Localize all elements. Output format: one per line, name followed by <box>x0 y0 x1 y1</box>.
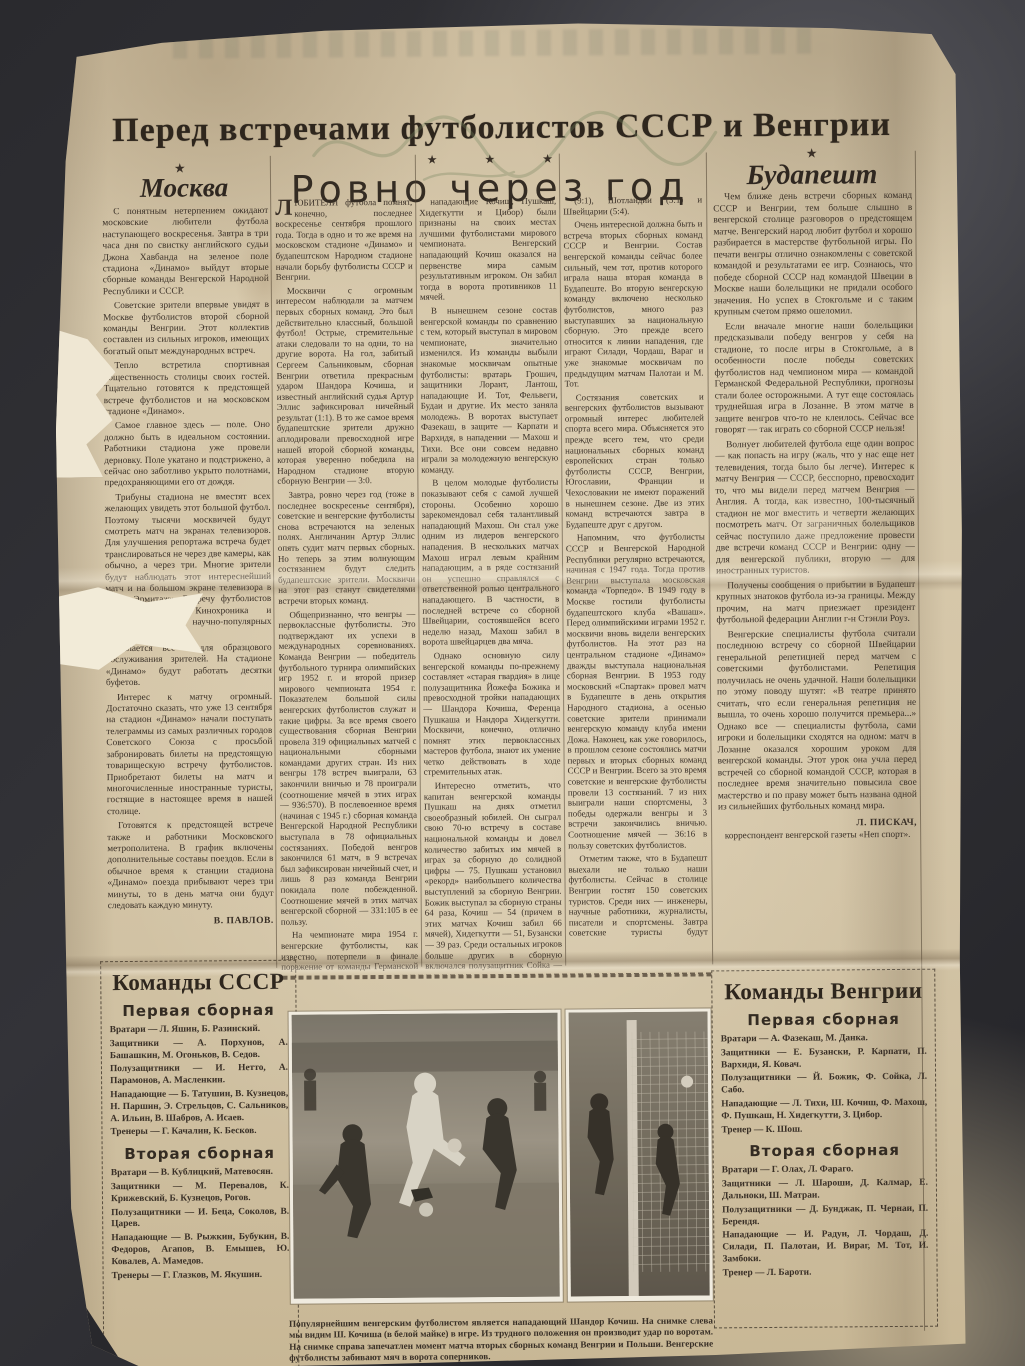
center-column-2-text: нападающие Кочиш, Пушкаш, Хидегкутти и Ц… <box>419 196 562 973</box>
paragraph: Общепризнанно, что венгры — первоклассны… <box>278 608 417 927</box>
paragraph: Волнует любителей футбола еще один вопро… <box>715 438 915 578</box>
teams-ussr-title: Команды СССР <box>109 969 287 996</box>
paragraph: С понятным нетерпением ожидают московски… <box>102 206 269 299</box>
center-column-3-text: (9:1), Шотландии (3:1) и Швейцарии (5:4)… <box>563 194 708 937</box>
paragraph: Самое главное здесь — поле. Оно должно б… <box>104 420 271 490</box>
hungary-first-squad-title: Первая сборная <box>721 1010 927 1030</box>
wavy-divider <box>282 972 712 979</box>
ussr-second-squad-title: Вторая сборная <box>111 1144 289 1163</box>
budapest-byline-role: корреспондент венгерской газеты «Неп спо… <box>718 829 917 842</box>
ink-transfer-ghost <box>173 28 813 59</box>
paragraph: Отметим также, что в Будапешт выехали не… <box>568 853 708 938</box>
squad-line: Тренеры — Г. Качалин, К. Бесков. <box>110 1126 288 1139</box>
photo-caption: Популярнейшим венгерским футболистом явл… <box>289 1316 713 1364</box>
center-column-2: нападающие Кочиш, Пушкаш, Хидегкутти и Ц… <box>419 196 562 973</box>
squad-line: Вратари — В. Кублицкий, Матевосян. <box>111 1167 289 1180</box>
paragraph: Состязания советских и венгерских футбол… <box>565 391 705 530</box>
center-column-1: ЛЮБИТЕЛИ футбола помнят, конечно, послед… <box>275 197 418 974</box>
squad-line: Полузащитники — И. Беца, Соколов, В. Цар… <box>111 1206 289 1231</box>
squad-line: Защитники — М. Перевалов, К. Крижевский,… <box>111 1181 289 1206</box>
moscow-byline: В. ПАВЛОВ. <box>108 915 274 928</box>
paragraph: В нынешнем сезоне состав венгерской кома… <box>420 305 558 476</box>
squad-line: Вратари — Л. Яшин, Б. Разинский. <box>110 1024 288 1037</box>
moscow-text: С понятным нетерпением ожидают московски… <box>102 206 274 913</box>
paragraph: (9:1), Шотландии (3:1) и Швейцарии (5:4)… <box>563 194 702 216</box>
paragraph: ЛЮБИТЕЛИ футбола помнят, конечно, послед… <box>275 197 413 283</box>
newspaper-clipping: Перед встречами футболистов СССР и Венгр… <box>53 20 970 1366</box>
squad-line: Нападающие — И. Радуи, Л. Чордаш, Д. Сил… <box>722 1229 928 1266</box>
squad-line: Тренер — Л. Бароти. <box>723 1266 929 1279</box>
hungary-second-squad-title: Вторая сборная <box>722 1141 928 1161</box>
paragraph: Очень интересной должна быть и встреча в… <box>563 219 703 390</box>
paragraph: На чемпионате мира 1954 г. венгерские фу… <box>281 929 418 974</box>
squad-line: Защитники — А. Порхунов, А. Башашкин, М.… <box>110 1038 288 1063</box>
squad-line: Вратари — А. Фазекаш, М. Данка. <box>721 1033 927 1046</box>
photo-of-newspaper: Перед встречами футболистов СССР и Венгр… <box>0 0 1025 1366</box>
squad-line: Защитники — Е. Бузански, Р. Карпати, П. … <box>721 1047 927 1072</box>
hungary-second-squad-list: Вратари — Г. Олах, Л. Фараго.Защитники —… <box>722 1164 929 1280</box>
paragraph: Трибуны стадиона не вместят всех желающи… <box>104 492 271 642</box>
paragraph: Чем ближе день встречи сборных команд СС… <box>713 191 913 319</box>
paragraph: Советские зрители впервые увидят в Москв… <box>103 300 269 358</box>
squad-line: Тренер — К. Шош. <box>721 1123 927 1136</box>
match-photos <box>289 1008 712 1303</box>
paragraph: Однако основную силу венгерской команды … <box>423 650 561 778</box>
paragraph: Готовятся к предстоящей встрече также и … <box>107 820 274 913</box>
photo-right-goal-scene <box>566 1008 713 1301</box>
squad-line: Вратари — Г. Олах, Л. Фараго. <box>722 1164 928 1177</box>
teams-ussr-box: Команды СССР Первая сборная Вратари — Л.… <box>100 960 299 1366</box>
paragraph: Тепло встретила спортивная общественност… <box>103 360 269 418</box>
paragraph: Венгерские специалисты футбола считали п… <box>717 628 917 814</box>
paragraph: Получены сообщения о прибытии в Будапешт… <box>716 579 915 627</box>
budapest-text: Чем ближе день встречи сборных команд СС… <box>713 191 917 814</box>
center-column-3: (9:1), Шотландии (3:1) и Швейцарии (5:4)… <box>563 194 708 937</box>
ussr-first-squad-title: Первая сборная <box>109 1001 287 1020</box>
paragraph: Делается все и для образцового обслужива… <box>106 643 272 690</box>
budapest-column: Чем ближе день встречи сборных команд СС… <box>713 191 918 935</box>
paragraph: Интерес к матчу огромный. Достаточно ска… <box>106 692 273 819</box>
paragraph: Если вначале многие наши болельщики пред… <box>714 320 914 437</box>
ussr-first-squad-list: Вратари — Л. Яшин, Б. Разинский.Защитник… <box>110 1024 289 1140</box>
ussr-second-squad-list: Вратари — В. Кублицкий, Матевосян.Защитн… <box>111 1167 290 1283</box>
squad-line: Тренеры — Г. Глазков, М. Якушин. <box>112 1269 290 1282</box>
main-headline: Перед встречами футболистов СССР и Венгр… <box>83 106 919 151</box>
squad-line: Нападающие — Б. Татушин, В. Кузнецов, Н.… <box>110 1089 288 1126</box>
squad-line: Защитники — Л. Шароши, Д. Калмар, Е. Дал… <box>722 1178 928 1203</box>
hungary-first-squad-list: Вратари — А. Фазекаш, М. Данка.Защитники… <box>721 1033 928 1137</box>
photo-left-kocsis-shot <box>289 1010 563 1304</box>
squad-line: Полузащитники — Й. Божик, Ф. Сойка, Л. С… <box>721 1072 927 1097</box>
squad-line: Нападающие — В. Рыжкин, Бубукин, В. Федо… <box>111 1232 289 1269</box>
squad-line: Нападающие — Л. Тихи, Ш. Кочиш, Ф. Махош… <box>721 1098 927 1123</box>
budapest-byline: Л. ПИСКАЧ, <box>718 816 917 829</box>
squad-line: Полузащитники — И. Нетто, А. Парамонов, … <box>110 1063 288 1088</box>
teams-hungary-box: Команды Венгрии Первая сборная Вратари —… <box>711 969 938 1329</box>
squad-line: Полузащитники — Д. Бунджак, П. Чернаи, П… <box>722 1204 928 1229</box>
paragraph: Москвичи с огромным интересом наблюдали … <box>276 285 415 487</box>
moscow-column: С понятным нетерпением ожидают московски… <box>102 206 274 973</box>
paragraph: Завтра, ровно через год (тоже в последне… <box>277 489 415 607</box>
teams-hungary-title: Команды Венгрии <box>720 978 926 1006</box>
budapest-section-title: Будапешт <box>712 159 912 193</box>
moscow-section-title: Москва <box>96 172 272 204</box>
center-column-1-text: ЛЮБИТЕЛИ футбола помнят, конечно, послед… <box>275 197 418 974</box>
paragraph: В целом молодые футболисты показывают се… <box>421 477 559 648</box>
paragraph: Интересно отметить, что капитан венгерск… <box>424 780 563 973</box>
paragraph: нападающие Кочиш, Пушкаш, Хидегкутти и Ц… <box>419 196 557 303</box>
paragraph: Напомним, что футболисты СССР и Венгерск… <box>566 532 707 851</box>
